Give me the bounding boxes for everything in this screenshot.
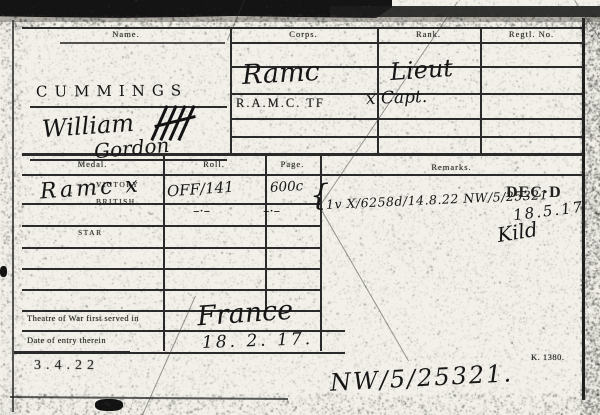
victory-roll-value: OFF/141 [167, 180, 235, 200]
crease-line [321, 210, 409, 361]
regtl-no-column-header: Regtl. No. [480, 30, 583, 39]
grid-line [22, 268, 320, 270]
corps-entry-1: Ramc [241, 58, 320, 89]
rank-column-header: Rank. [377, 30, 480, 39]
page-column-header: Page. [265, 160, 320, 169]
grid-line [163, 153, 165, 351]
entry-date-value: 18. 2. 17. [202, 331, 314, 352]
theatre-value: France [196, 297, 294, 331]
grid-line [230, 136, 583, 138]
form-number: K. 1380. [531, 353, 565, 362]
name-surname: CUMMINGS [36, 83, 188, 99]
medal-index-card: Name. Corps. Rank. Regtl. No. CUMMINGS W… [0, 0, 600, 415]
scan-artifact-smear [0, 17, 600, 22]
deceased-stamp: DEC·D [506, 185, 562, 201]
grid-line [230, 42, 583, 44]
british-roll-value: –·– [193, 205, 210, 218]
grid-line [230, 118, 583, 120]
medal-star-label: STAR [78, 229, 103, 237]
scan-blob-left [0, 266, 7, 277]
roll-column-header: Roll. [163, 160, 265, 169]
grid-line [22, 225, 320, 227]
theatre-label: Theatre of War first served in [27, 314, 139, 323]
grid-line [130, 352, 345, 354]
grid-line [60, 42, 225, 44]
scan-artifact-top-strip [330, 6, 600, 17]
scan-blob-bottom [95, 399, 123, 411]
grid-line [230, 27, 232, 153]
grid-line [265, 153, 267, 310]
entry-date-label: Date of entry therein [27, 336, 106, 345]
grid-line [22, 289, 320, 291]
grid-line [14, 351, 130, 354]
name-middlename: Gordon [93, 135, 170, 161]
remarks-column-header: Remarks. [320, 163, 583, 172]
killed-note: Kild [496, 219, 539, 245]
date-stamp: 3.4.22 [34, 359, 99, 373]
british-page-value: –·– [263, 205, 280, 218]
grid-line [22, 247, 320, 249]
corps-entry-2: R.A.M.C. TF [236, 97, 325, 110]
medal-column-header: Medal. [22, 160, 163, 169]
grid-line [480, 27, 482, 153]
victory-page-value: 600c [270, 180, 304, 195]
corps-column-header: Corps. [230, 30, 377, 39]
reference-number: NW/5/25321. [329, 361, 513, 395]
name-column-header: Name. [22, 30, 230, 39]
rank-entry-1: Lieut [389, 56, 453, 84]
